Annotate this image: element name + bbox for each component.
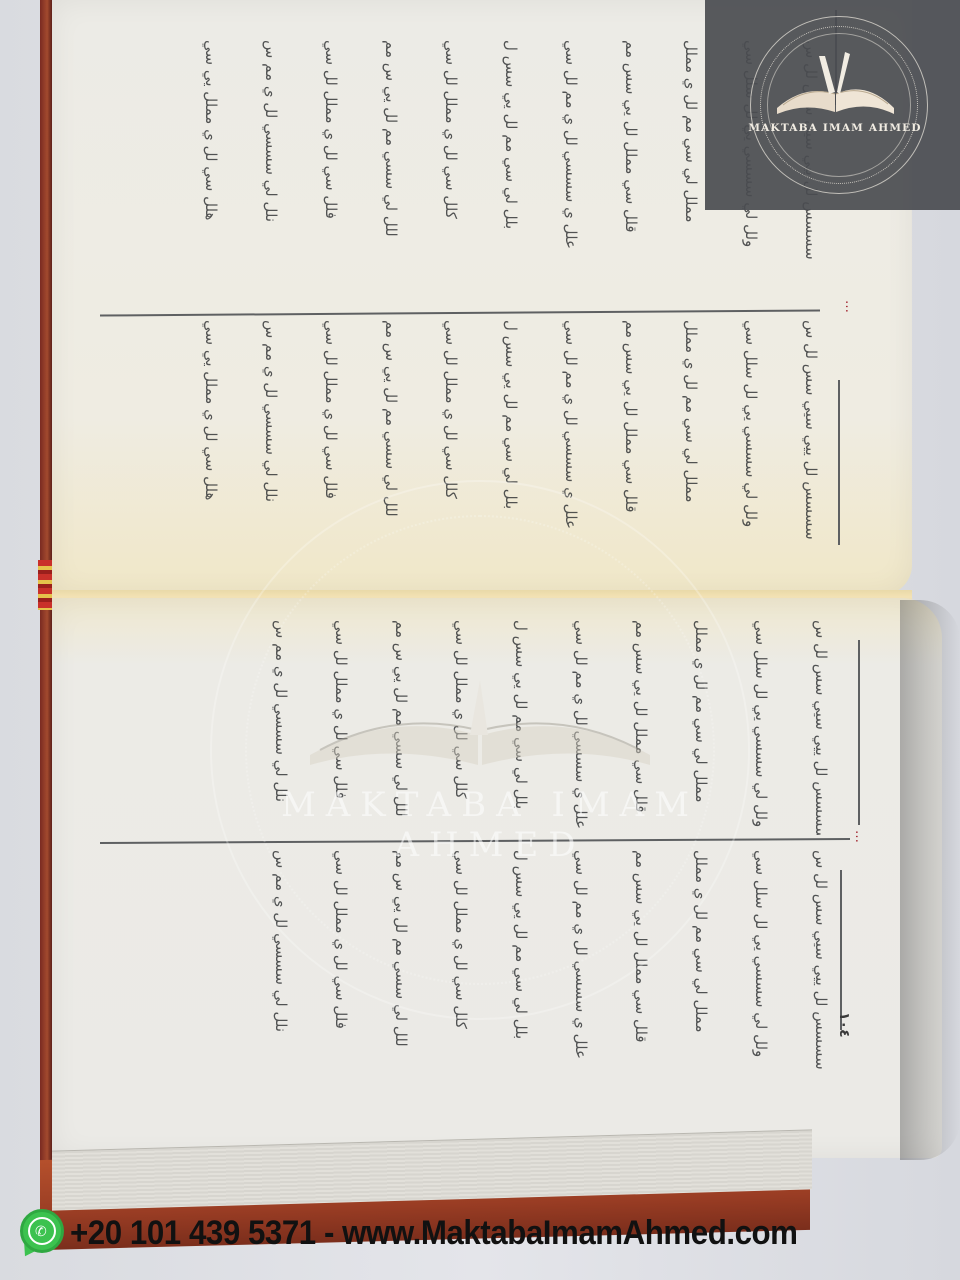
upper-page-running-header: … [842,300,857,313]
upper-page-header-rule-2 [838,380,840,545]
contact-footer: ✆ +20 101 439 5371 - www.MaktabaImamAhme… [18,1200,861,1266]
lower-page-header-rule [858,640,860,825]
text-column: هلل سي لل ي مملل يي سي [204,320,220,570]
logo-brand-text: MAKTABA IMAM AHMED [745,122,925,134]
lower-page-number: ١٠٤ [836,1012,852,1038]
whatsapp-icon: ✆ [18,1205,68,1261]
text-column-rubric: مملل لي سي مم لل ي مملل [684,320,700,570]
text-column: هلل سي لل ي مملل يي سي [204,40,220,305]
page-curl-shadow [900,600,960,1160]
lower-page-header-rule-2 [840,870,842,1030]
text-column: نلل لي سسسي لل ي مم س [264,40,280,305]
watermark-brand-text: MAKTABA IMAM AHMED [190,785,790,865]
watermark-open-book-icon [300,680,660,770]
contact-phone-website: +20 101 439 5371 - www.MaktabaImamAhmed.… [70,1214,798,1253]
text-column: ولل لي سسسي يي لل سلل سي [744,320,760,570]
text-column: كلل سي لل ي مملل لل سي [444,40,460,305]
text-column: بلل لي سي مم لل يي سس ل [504,40,520,305]
text-column: قلل سي مملل لل يي سس مم [624,40,640,305]
text-column: سسسس لل ييي سيي سس لل س [814,620,830,835]
text-column: فلل سي لل ي مملل لل سي [324,40,340,305]
book-headband [38,560,52,610]
text-column: سسسس لل ييي سيي سس لل س [814,850,830,1095]
text-column: نلل لي سسسي لل ي مم س [264,320,280,570]
text-column: ولل لي سسسي يي لل سلل سي [754,850,770,1095]
text-column: مملل لي سي مم لل ي مملل [684,40,700,305]
text-column: علل ي سسسي لل ي مم لل سي [564,40,580,305]
lower-page-running-header: … [852,830,867,843]
text-column: سسسس لل ييي سيي سس لل س [804,320,820,570]
brand-logo-badge: MAKTABA IMAM AHMED [705,0,960,210]
open-book-icon [773,50,898,116]
text-column: للل لي سسي مم لل يي س مم [384,40,400,305]
book-cover-spine-edge [40,0,52,1230]
